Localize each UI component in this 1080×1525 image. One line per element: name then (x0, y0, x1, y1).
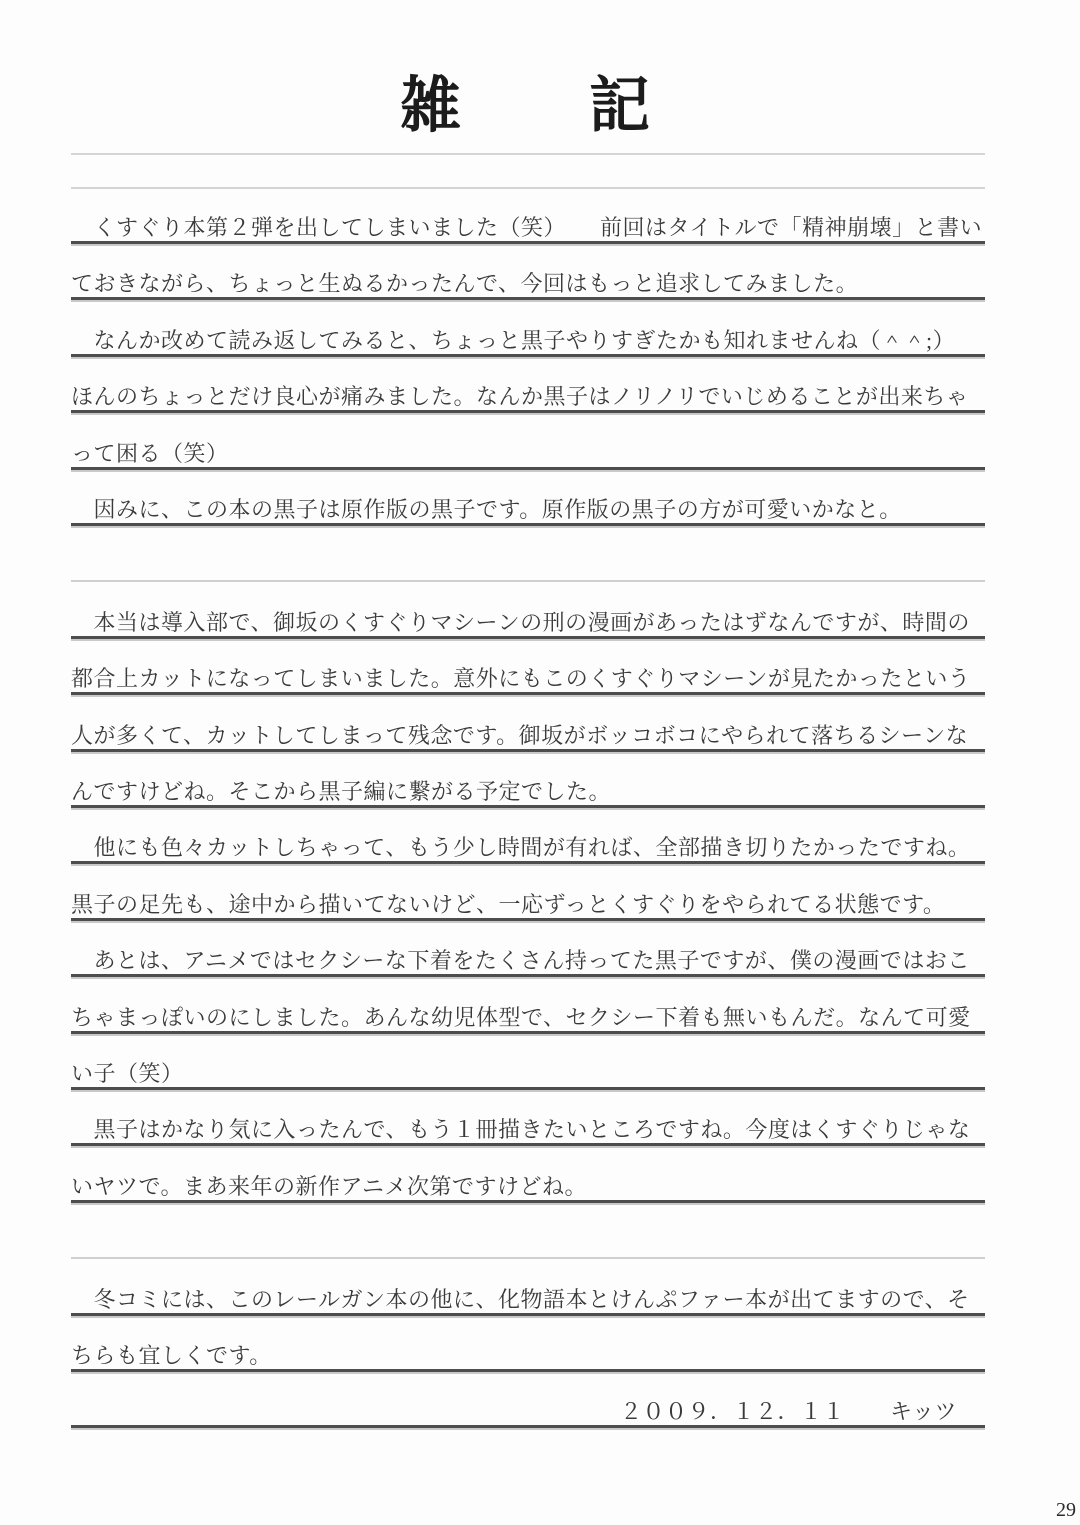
text-line-10: んですけどね。そこから黒子編に繋がる予定でした。 (71, 762, 985, 808)
text-line-14-text: ちゃまっぽいのにしました。あんな幼児体型で、セクシー下着も無いもんだ。なんて可愛 (71, 1007, 971, 1031)
text-line-1-text: くすぐり本第２弾を出してしまいました（笑） 前回はタイトルで「精神崩壊」と書い (71, 217, 982, 241)
text-line-13: あとは、アニメではセクシーな下着をたくさん持ってた黒子ですが、僕の漫画ではおこ (71, 931, 985, 977)
page-title: 雑 記 (0, 70, 1052, 143)
text-line-5-text: って困る（笑） (71, 443, 229, 467)
text-line-14: ちゃまっぽいのにしました。あんな幼児体型で、セクシー下着も無いもんだ。なんて可愛 (71, 988, 985, 1034)
text-line-8-text: 都合上カットになってしまいました。意外にもこのくすぐりマシーンが見たかったという (71, 668, 970, 692)
text-line-15: い子（笑） (71, 1044, 985, 1090)
text-line-2-text: ておきながら、ちょっと生ぬるかったんで、今回はもっと追求してみました。 (71, 273, 858, 297)
text-line-17: いヤツで。まあ来年の新作アニメ次第ですけどね。 (71, 1157, 985, 1203)
text-line-16: 黒子はかなり気に入ったんで、もう１冊描きたいところですね。今度はくすぐりじゃな (71, 1100, 985, 1146)
text-line-8: 都合上カットになってしまいました。意外にもこのくすぐりマシーンが見たかったという (71, 649, 985, 695)
text-line-18-text: 冬コミには、このレールガン本の他に、化物語本とけんぷファー本が出てますので、そ (71, 1289, 970, 1313)
text-line-4: ほんのちょっとだけ良心が痛みました。なんか黒子はノリノリでいじめることが出来ちゃ (71, 367, 985, 413)
text-line-10-text: んですけどね。そこから黒子編に繋がる予定でした。 (71, 781, 611, 805)
ruled-line-empty-1 (71, 536, 985, 582)
text-line-3-text: なんか改めて読み返してみると、ちょっと黒子やりすぎたかも知れませんね（＾＾;） (71, 330, 955, 354)
text-line-18: 冬コミには、このレールガン本の他に、化物語本とけんぷファー本が出てますので、そ (71, 1270, 985, 1316)
text-line-4-text: ほんのちょっとだけ良心が痛みました。なんか黒子はノリノリでいじめることが出来ちゃ (71, 386, 968, 410)
text-line-17-text: いヤツで。まあ来年の新作アニメ次第ですけどね。 (71, 1176, 587, 1200)
text-line-5: って困る（笑） (71, 424, 985, 470)
text-line-9-text: 人が多くて、カットしてしまって残念です。御坂がボッコボコにやられて落ちるシーンな (71, 725, 968, 749)
text-line-16-text: 黒子はかなり気に入ったんで、もう１冊描きたいところですね。今度はくすぐりじゃな (71, 1119, 970, 1143)
date-signature-text: ２００９．１２．１１ キッツ (620, 1401, 957, 1425)
text-line-11: 他にも色々カットしちゃって、もう少し時間が有れば、全部描き切りたかったですね。 (71, 818, 985, 864)
text-line-12: 黒子の足先も、途中から描いてないけど、一応ずっとくすぐりをやられてる状態です。 (71, 875, 985, 921)
text-line-6-text: 因みに、この本の黒子は原作版の黒子です。原作版の黒子の方が可愛いかなと。 (71, 499, 902, 523)
title-divider-top (71, 153, 985, 155)
text-line-9: 人が多くて、カットしてしまって残念です。御坂がボッコボコにやられて落ちるシーンな (71, 706, 985, 752)
text-line-7: 本当は導入部で、御坂のくすぐりマシーンの刑の漫画があったはずなんですが、時間の (71, 593, 985, 639)
text-line-7-text: 本当は導入部で、御坂のくすぐりマシーンの刑の漫画があったはずなんですが、時間の (71, 612, 970, 636)
text-line-3: なんか改めて読み返してみると、ちょっと黒子やりすぎたかも知れませんね（＾＾;） (71, 311, 985, 357)
ruled-line-empty-2 (71, 1213, 985, 1259)
date-signature-line: ２００９．１２．１１ キッツ (71, 1382, 985, 1428)
title-divider-bottom (71, 187, 985, 189)
page-number: 29 (1056, 1499, 1076, 1522)
text-line-19-text: ちらも宜しくです。 (71, 1345, 272, 1369)
text-line-6: 因みに、この本の黒子は原作版の黒子です。原作版の黒子の方が可愛いかなと。 (71, 480, 985, 526)
text-line-11-text: 他にも色々カットしちゃって、もう少し時間が有れば、全部描き切りたかったですね。 (71, 837, 970, 861)
text-line-13-text: あとは、アニメではセクシーな下着をたくさん持ってた黒子ですが、僕の漫画ではおこ (71, 950, 970, 974)
text-line-19: ちらも宜しくです。 (71, 1326, 985, 1372)
text-line-2: ておきながら、ちょっと生ぬるかったんで、今回はもっと追求してみました。 (71, 254, 985, 300)
afterword-page: 雑 記 くすぐり本第２弾を出してしまいました（笑） 前回はタイトルで「精神崩壊」… (0, 0, 1080, 1525)
text-line-12-text: 黒子の足先も、途中から描いてないけど、一応ずっとくすぐりをやられてる状態です。 (71, 894, 945, 918)
text-line-1: くすぐり本第２弾を出してしまいました（笑） 前回はタイトルで「精神崩壊」と書い (71, 198, 985, 244)
text-line-15-text: い子（笑） (71, 1063, 184, 1087)
